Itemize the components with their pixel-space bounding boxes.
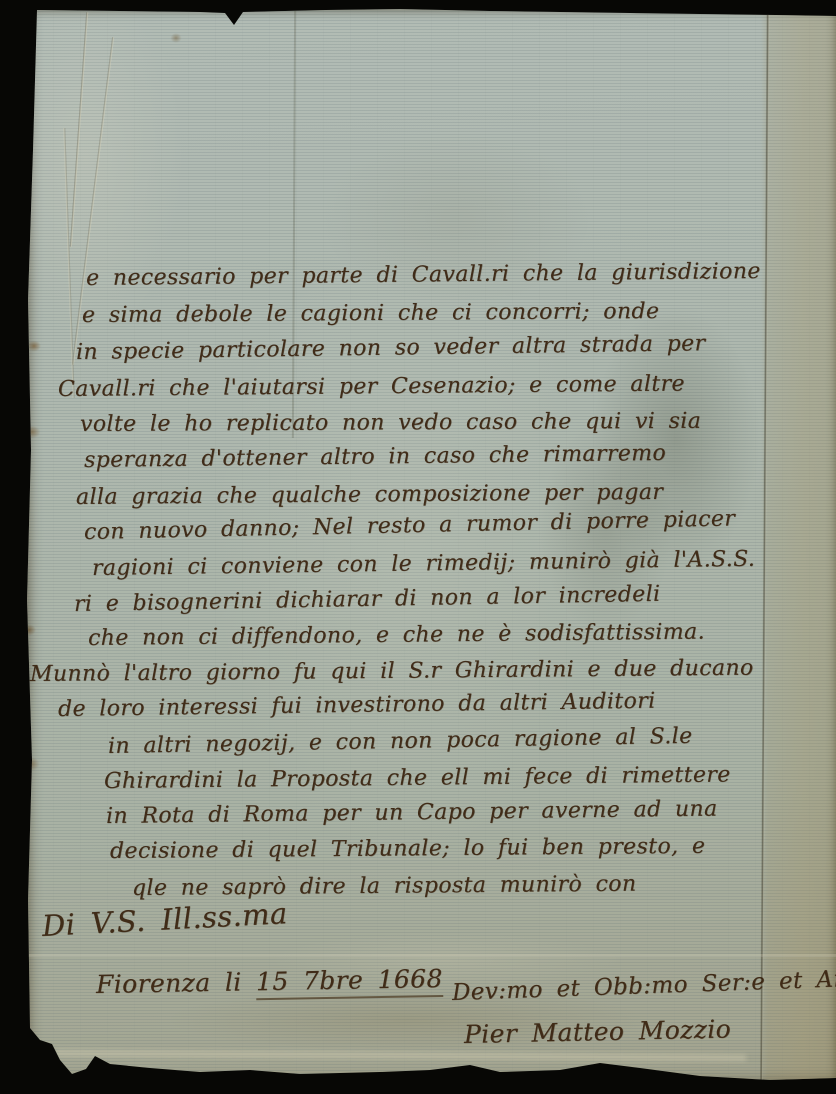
letter-line: in altri negozij, e con non poca ragione… [108, 726, 693, 758]
letter-line: Cavall.ri che l'aiutarsi per Cesenazio; … [58, 374, 685, 401]
letter-line: ri e bisognerini dichiarar di non a lor … [74, 584, 661, 616]
letter-line: ragioni ci conviene con le rimedij; muni… [92, 549, 755, 580]
dateline-date: 15 7bre 1668 [256, 964, 443, 1000]
letter-line: e necessario per parte di Cavall.ri che … [86, 261, 761, 290]
letter-line: speranza d'ottener altro in caso che rim… [84, 443, 666, 472]
letter-line: de loro interessi fui investirono da alt… [58, 691, 656, 721]
dateline-place: Fiorenza li [96, 967, 242, 999]
letter-line: in Rota di Roma per un Capo per averne a… [106, 799, 718, 828]
manuscript-scan: e necessario per parte di Cavall.ri che … [0, 0, 836, 1094]
letter-line: qle ne saprò dire la risposta munirò con [132, 874, 637, 900]
closing-formula: Di V.S. Ill.ss.ma [41, 899, 288, 941]
signature-name: Pier Matteo Mozzio [464, 1016, 732, 1047]
letter-line: con nuovo danno; Nel resto a rumor di po… [84, 508, 736, 544]
letter-line: e sima debole le cagioni che ci concorri… [82, 301, 660, 327]
letter-line: volte le ho replicato non vedo caso che … [80, 411, 701, 436]
signature-valediction: Dev:mo et Obb:mo Ser:e et Am:o [452, 967, 836, 1005]
letter-line: alla grazia che qualche composizione per… [76, 482, 663, 509]
letter-line: Munnò l'altro giorno fu qui il S.r Ghira… [30, 658, 754, 686]
letter-body: e necessario per parte di Cavall.ri che … [0, 0, 836, 1094]
letter-line: decisione di quel Tribunale; lo fui ben … [110, 836, 706, 863]
letter-line: Ghirardini la Proposta che ell mi fece d… [104, 764, 731, 793]
letter-line: che non ci diffendono, e che ne è sodisf… [88, 622, 705, 650]
letter-line: in specie particolare non so veder altra… [76, 333, 706, 364]
dateline: Fiorenza li 15 7bre 1668 [96, 966, 443, 997]
